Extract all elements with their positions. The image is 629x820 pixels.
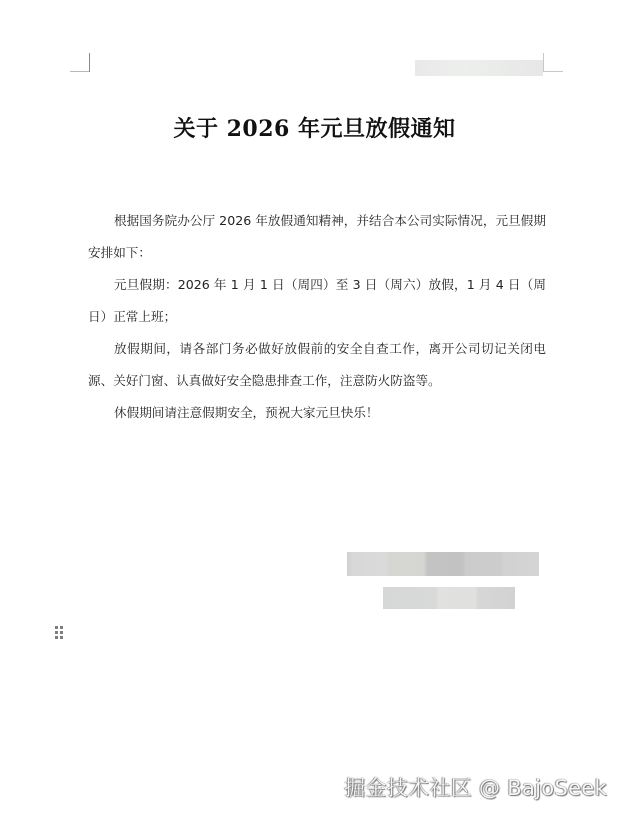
- corner-mark-vertical: [89, 53, 90, 72]
- paragraph-wishes[interactable]: 休假期间请注意假期安全，预祝大家元旦快乐！: [88, 397, 546, 429]
- paragraph-schedule[interactable]: 元旦假期：2026 年 1 月 1 日（周四）至 3 日（周六）放假，1 月 4…: [88, 269, 546, 333]
- signature-date-redacted: [383, 587, 515, 609]
- grip-dots-icon[interactable]: [55, 626, 65, 639]
- paragraph-intro[interactable]: 根据国务院办公厅 2026 年放假通知精神，并结合本公司实际情况，元旦假期安排如…: [88, 205, 546, 269]
- header-redacted-block: [415, 60, 543, 76]
- paragraph-safety[interactable]: 放假期间，请各部门务必做好放假前的安全自查工作，离开公司切记关闭电源、关好门窗、…: [88, 333, 546, 397]
- corner-mark-horizontal: [70, 71, 89, 72]
- signature-organization-redacted: [347, 552, 539, 576]
- watermark: 掘金技术社区 @ BajoSeek: [344, 772, 607, 802]
- corner-mark-vertical: [543, 53, 544, 72]
- document-title[interactable]: 关于 2026 年元旦放假通知: [0, 112, 629, 143]
- corner-mark-horizontal: [544, 71, 563, 72]
- document-body[interactable]: 根据国务院办公厅 2026 年放假通知精神，并结合本公司实际情况，元旦假期安排如…: [88, 205, 546, 429]
